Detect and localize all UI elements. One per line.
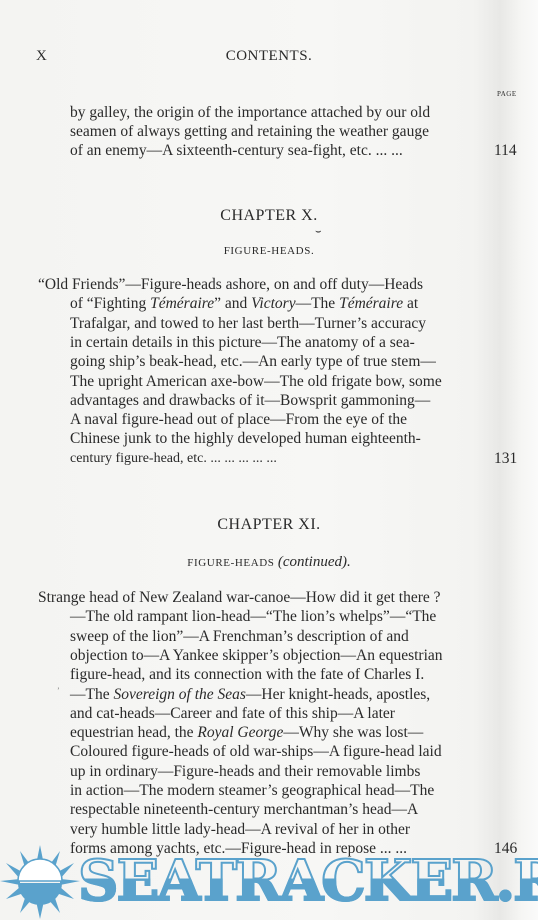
chapter-subtitle: FIGURE-HEADS (continued). xyxy=(0,554,538,571)
entry-line: —The old rampant lion-head—“The lion’s w… xyxy=(70,607,436,626)
entry-line: going ship’s beak-head, etc.—An early ty… xyxy=(70,352,436,371)
entry-line: Coloured figure-heads of old war-ships—A… xyxy=(70,742,442,761)
entry-line: equestrian head, the Royal George—Why sh… xyxy=(70,723,423,742)
entry-line: “Old Friends”—Figure-heads ashore, on an… xyxy=(38,275,423,294)
entry-line: figure-head, and its connection with the… xyxy=(70,665,424,684)
entry-line: Strange head of New Zealand war-canoe—Ho… xyxy=(38,588,441,607)
sun-icon xyxy=(0,843,80,920)
entry-line: seamen of always getting and retaining t… xyxy=(70,122,429,141)
entry-line: A naval figure-head out of place—From th… xyxy=(70,410,407,429)
chapter-heading: CHAPTER XI. xyxy=(0,516,538,534)
book-page: X CONTENTS. PAGE by galley, the origin o… xyxy=(0,0,538,920)
chapter-subtitle-text: FIGURE-HEADS xyxy=(187,557,278,569)
entry-line: of an enemy—A sixteenth-century sea-figh… xyxy=(70,141,403,160)
entry-line: The upright American axe-bow—The old fri… xyxy=(70,372,442,391)
entry-line: in action—The modern steamer’s geographi… xyxy=(70,781,434,800)
chapter-subtitle-text: FIGURE-HEADS. xyxy=(224,245,315,257)
entry-line: up in ordinary—Figure-heads and their re… xyxy=(70,762,420,781)
chapter-heading: CHAPTER X. xyxy=(0,207,538,225)
page-number: 131 xyxy=(494,449,517,468)
entry-line: respectable nineteenth-century merchantm… xyxy=(70,800,418,819)
entry-line: century figure-head, etc. ... ... ... ..… xyxy=(70,449,277,468)
entry-line: very humble little lady-head—A revival o… xyxy=(70,820,410,839)
entry-line: of “Fighting Téméraire” and Victory—The … xyxy=(70,294,418,313)
page-number: 114 xyxy=(494,141,517,160)
entry-line: objection to—A Yankee skipper’s objectio… xyxy=(70,646,443,665)
entry-line: Trafalgar, and towed to her last berth—T… xyxy=(70,314,426,333)
chapter-subtitle: FIGURE-HEADS. xyxy=(0,245,538,257)
page-column-label: PAGE xyxy=(497,90,517,98)
print-mark: ⌣ xyxy=(315,226,322,237)
entry-line: Chinese junk to the highly developed hum… xyxy=(70,429,421,448)
entry-line: in certain details in this picture—The a… xyxy=(70,333,415,352)
entry-line: by galley, the origin of the importance … xyxy=(70,103,430,122)
watermark-text: SEATRACKER.RU xyxy=(78,851,538,911)
entry-line: —The Sovereign of the Seas—Her knight-he… xyxy=(70,685,430,704)
watermark: SEATRACKER.RU xyxy=(0,843,538,920)
entry-line: advantages and drawbacks of it—Bowsprit … xyxy=(70,391,430,410)
scan-speck: ’ xyxy=(57,686,60,695)
entry-line: sweep of the lion”—A Frenchman’s descrip… xyxy=(70,627,409,646)
entry-line: and cat-heads—Career and fate of this sh… xyxy=(70,704,395,723)
running-title: CONTENTS. xyxy=(0,48,538,65)
chapter-subtitle-italic: (continued). xyxy=(278,554,351,570)
